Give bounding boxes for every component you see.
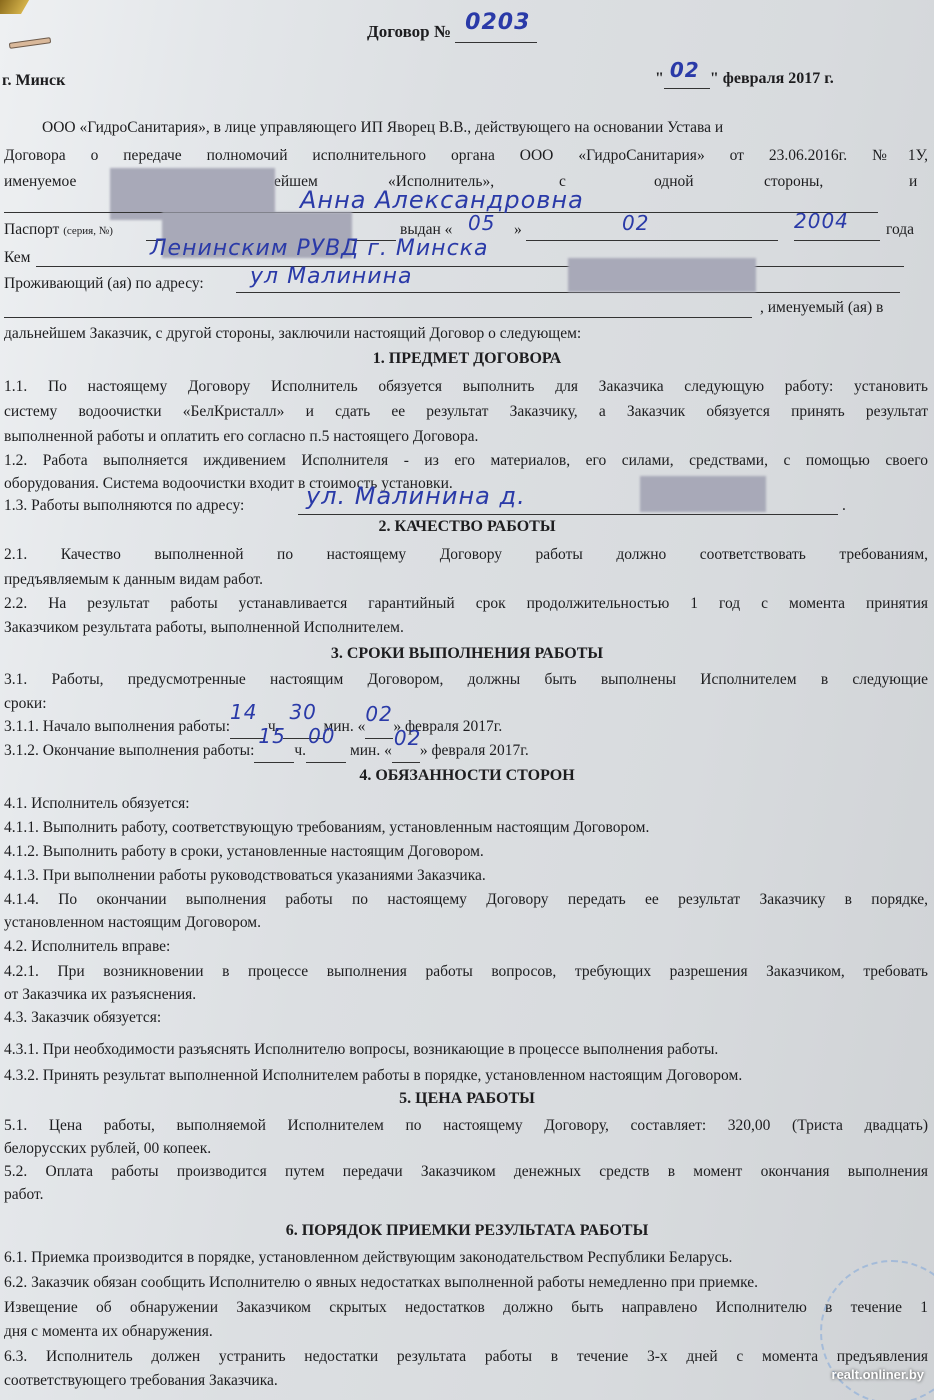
- period: .: [842, 494, 846, 517]
- para-4-line: 4.2.1. При возникновении в процессе выпо…: [4, 960, 928, 983]
- text: именуемое: [4, 173, 76, 190]
- end-hour: 15: [258, 725, 285, 748]
- watermark: realt.onliner.by: [832, 1367, 924, 1382]
- text: стороны,: [764, 170, 823, 193]
- contract-number: 0203: [465, 10, 530, 35]
- para-4-line: 4.3.1. При необходимости разъяснять Испо…: [4, 1038, 928, 1061]
- para-1-2a: 1.2. Работа выполняется иждивением Испол…: [4, 449, 928, 472]
- para-5-line: 5.1. Цена работы, выполняемой Исполнител…: [4, 1114, 928, 1137]
- by-whom-label: Кем: [4, 249, 30, 266]
- month-underline: [526, 240, 778, 241]
- address-handwritten: ул Малинина: [250, 264, 412, 289]
- para-4-line: 4.1.2. Выполнить работу в сроки, установ…: [4, 840, 928, 863]
- section-3-title: 3. СРОКИ ВЫПОЛНЕНИЯ РАБОТЫ: [0, 645, 934, 663]
- year-label: года: [886, 218, 914, 241]
- end-day-field: 02: [392, 739, 420, 763]
- work-address-underline: [298, 514, 838, 515]
- issued-by-underline: [36, 266, 904, 267]
- redacted-address: [568, 258, 756, 292]
- year-underline: [794, 240, 880, 241]
- para-4-line: 4.1. Исполнитель обязуется:: [4, 792, 928, 815]
- address-underline: [236, 292, 900, 293]
- redacted-work-address: [640, 476, 766, 512]
- end-min-field: 00: [306, 739, 346, 763]
- para-4-line: 4.1.1. Выполнить работу, соответствующую…: [4, 816, 928, 839]
- para-2-1b: предъявляемым к данным видам работ.: [4, 568, 928, 591]
- para-6-line: 6.2. Заказчик обязан сообщить Исполнител…: [4, 1271, 928, 1294]
- contract-title: Договор № 0203: [367, 22, 537, 43]
- issued-day: 05: [468, 212, 495, 235]
- para-2-2a: 2.2. На результат работы устанавливается…: [4, 592, 928, 615]
- para-5-line: работ.: [4, 1183, 928, 1206]
- customer-name-handwritten: Анна Александровна: [300, 186, 584, 214]
- issued-month: 02: [622, 212, 649, 235]
- section-4-title: 4. ОБЯЗАННОСТИ СТОРОН: [0, 767, 934, 785]
- contract-number-field: 0203: [455, 22, 537, 43]
- end-month: » февраля 2017г.: [420, 742, 529, 759]
- city: г. Минск: [2, 72, 65, 90]
- para-4-line: от Заказчика их разъяснения.: [4, 983, 928, 1006]
- date-day: 02: [670, 58, 700, 82]
- title-label: Договор №: [367, 22, 451, 41]
- issued-by-handwritten: Ленинским РУВД г. Минска: [150, 236, 488, 261]
- para-6-line: соответствующего требования Заказчика.: [4, 1369, 928, 1392]
- work-address-handwritten: ул. Малинина д.: [306, 482, 526, 510]
- para-4-line: установленном настоящим Договором.: [4, 911, 928, 934]
- para-6-line: дня с момента их обнаружения.: [4, 1320, 928, 1343]
- text: одной: [654, 170, 694, 193]
- passport-series-label: (серия, №): [63, 225, 113, 237]
- para-6-line: 6.1. Приемка производится в порядке, уст…: [4, 1246, 928, 1269]
- section-2-title: 2. КАЧЕСТВО РАБОТЫ: [0, 518, 934, 536]
- passport-label: Паспорт: [4, 221, 59, 238]
- address-underline-2: [4, 317, 752, 318]
- min-label: мин. «: [350, 742, 392, 759]
- start-min: 30: [289, 701, 316, 724]
- hour-label: ч.: [294, 742, 306, 759]
- para-3-1-1: 3.1.1. Начало выполнения работы:14 ч. 30…: [4, 715, 928, 739]
- start-day: 02: [365, 703, 392, 726]
- folder-corner: [0, 0, 40, 14]
- issued-close: »: [514, 218, 522, 241]
- para-3-1-2: 3.1.2. Окончание выполнения работы:15 ч.…: [4, 739, 928, 763]
- contract-date: "02 " февраля 2017 г.: [655, 70, 834, 89]
- quote-close: ": [710, 70, 719, 87]
- para-2-1a: 2.1. Качество выполненной по настоящему …: [4, 543, 928, 566]
- para-4-line: 4.3.2. Принять результат выполненной Исп…: [4, 1064, 928, 1087]
- end-label: 3.1.2. Окончание выполнения работы:: [4, 742, 254, 759]
- preamble-line-2: Договора о передаче полномочий исполните…: [4, 144, 928, 167]
- para-5-line: 5.2. Оплата работы производится путем пе…: [4, 1160, 928, 1183]
- para-3-1a: 3.1. Работы, предусмотренные настоящим Д…: [4, 668, 928, 691]
- work-address-label: 1.3. Работы выполняются по адресу:: [4, 497, 244, 514]
- para-1-1b: систему водоочистки «БелКристалл» и сдат…: [4, 400, 928, 423]
- para-1-1a: 1.1. По настоящему Договору Исполнитель …: [4, 375, 928, 398]
- issued-year: 2004: [794, 210, 849, 233]
- start-label: 3.1.1. Начало выполнения работы:: [4, 718, 230, 735]
- para-4-line: 4.3. Заказчик обязуется:: [4, 1006, 928, 1029]
- section-1-title: 1. ПРЕДМЕТ ДОГОВОРА: [0, 350, 934, 368]
- quote-open: ": [655, 70, 664, 87]
- preamble-closing: дальнейшем Заказчик, с другой стороны, з…: [4, 322, 928, 345]
- para-6-line: 6.3. Исполнитель должен устранить недост…: [4, 1345, 928, 1368]
- para-3-1b: сроки:: [4, 692, 928, 715]
- staple-icon: [9, 37, 51, 49]
- para-2-2b: Заказчиком результата работы, выполненно…: [4, 616, 928, 639]
- end-day: 02: [394, 727, 421, 750]
- contract-page: Договор № 0203 г. Минск "02 " февраля 20…: [0, 0, 934, 1400]
- preamble-line-1: ООО «ГидроСанитария», в лице управляющег…: [42, 116, 928, 139]
- date-day-field: 02: [664, 70, 710, 89]
- named-label: , именуемый (ая) в: [760, 296, 928, 319]
- section-5-title: 5. ЦЕНА РАБОТЫ: [0, 1090, 934, 1108]
- para-4-line: 4.2. Исполнитель вправе:: [4, 935, 928, 958]
- start-day-field: 02: [365, 715, 393, 739]
- end-hour-field: 15: [254, 739, 294, 763]
- para-1-1c: выполненной работы и оплатить его соглас…: [4, 425, 928, 448]
- section-6-title: 6. ПОРЯДОК ПРИЕМКИ РЕЗУЛЬТАТА РАБОТЫ: [0, 1222, 934, 1240]
- end-min: 00: [308, 725, 335, 748]
- date-rest: февраля 2017 г.: [723, 70, 834, 87]
- text: и: [909, 170, 917, 193]
- para-4-line: 4.1.3. При выполнении работы руководство…: [4, 864, 928, 887]
- para-6-line: Извещение об обнаружении Заказчиком скры…: [4, 1296, 928, 1319]
- address-label: Проживающий (ая) по адресу:: [4, 275, 204, 292]
- para-5-line: белорусских рублей, 00 копеек.: [4, 1137, 928, 1160]
- para-4-line: 4.1.4. По окончании выполнения работы по…: [4, 888, 928, 911]
- start-hour: 14: [230, 701, 257, 724]
